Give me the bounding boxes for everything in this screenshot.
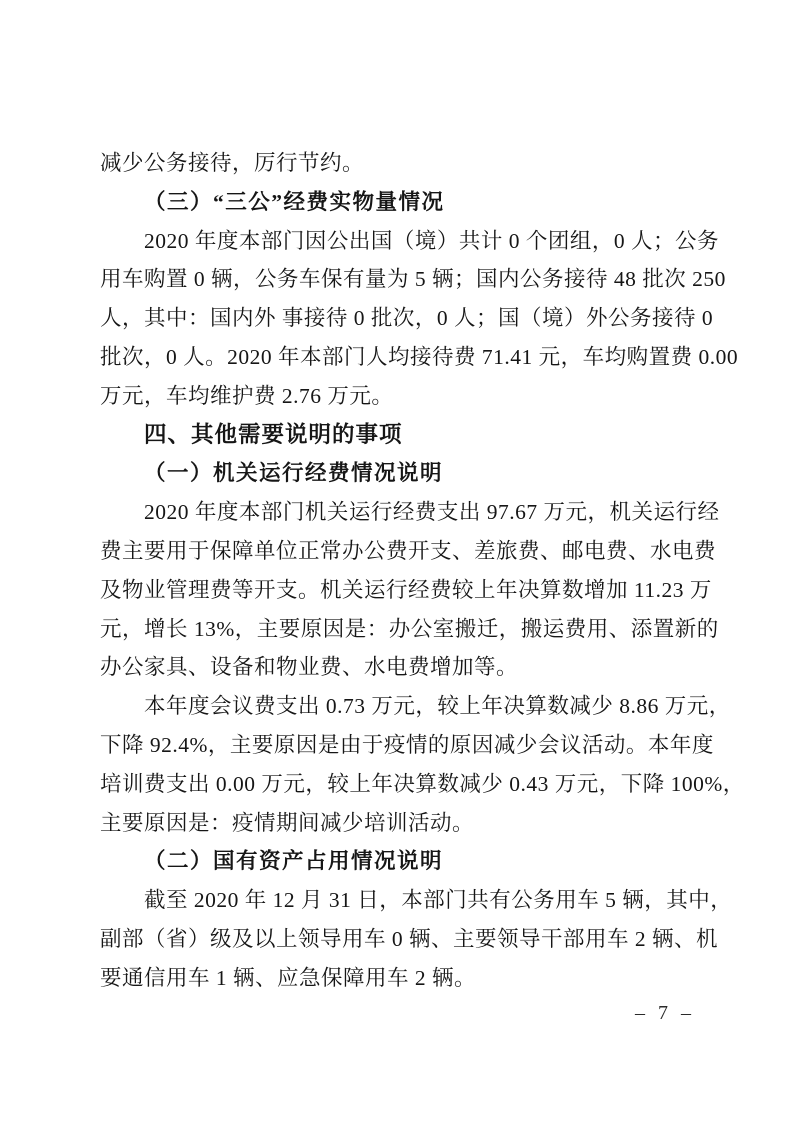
text-line: 主要原因是：疫情期间减少培训活动。 [100, 804, 694, 843]
text-line: 2020 年度本部门机关运行经费支出 97.67 万元，机关运行经 [100, 493, 694, 532]
text-line: 人，其中：国内外 事接待 0 批次，0 人；国（境）外公务接待 0 [100, 299, 694, 338]
text-line: 办公家具、设备和物业费、水电费增加等。 [100, 648, 694, 687]
text-line: 减少公务接待，厉行节约。 [100, 144, 694, 183]
text-line: 培训费支出 0.00 万元，较上年决算数减少 0.43 万元，下降 100%， [100, 765, 694, 804]
document-body: 减少公务接待，厉行节约。（三）“三公”经费实物量情况2020 年度本部门因公出国… [100, 144, 694, 998]
subsection-heading: （三）“三公”经费实物量情况 [100, 183, 694, 222]
text-line: 万元，车均维护费 2.76 万元。 [100, 377, 694, 416]
text-line: 费主要用于保障单位正常办公费开支、差旅费、邮电费、水电费 [100, 532, 694, 571]
text-line: 副部（省）级及以上领导用车 0 辆、主要领导干部用车 2 辆、机 [100, 920, 694, 959]
text-line: 2020 年度本部门因公出国（境）共计 0 个团组，0 人；公务 [100, 222, 694, 261]
text-line: 要通信用车 1 辆、应急保障用车 2 辆。 [100, 959, 694, 998]
subsection-heading: （一）机关运行经费情况说明 [100, 454, 694, 493]
text-line: 批次，0 人。2020 年本部门人均接待费 71.41 元，车均购置费 0.00 [100, 338, 694, 377]
subsection-heading: （二）国有资产占用情况说明 [100, 842, 694, 881]
text-line: 本年度会议费支出 0.73 万元，较上年决算数减少 8.86 万元， [100, 687, 694, 726]
text-line: 下降 92.4%，主要原因是由于疫情的原因减少会议活动。本年度 [100, 726, 694, 765]
text-line: 用车购置 0 辆，公务车保有量为 5 辆；国内公务接待 48 批次 250 [100, 260, 694, 299]
text-line: 及物业管理费等开支。机关运行经费较上年决算数增加 11.23 万 [100, 571, 694, 610]
text-line: 元，增长 13%，主要原因是：办公室搬迁，搬运费用、添置新的 [100, 610, 694, 649]
page-number: – 7 – [635, 998, 695, 1028]
text-line: 截至 2020 年 12 月 31 日，本部门共有公务用车 5 辆，其中， [100, 881, 694, 920]
document-page: 减少公务接待，厉行节约。（三）“三公”经费实物量情况2020 年度本部门因公出国… [0, 0, 793, 1122]
section-heading: 四、其他需要说明的事项 [100, 416, 694, 455]
